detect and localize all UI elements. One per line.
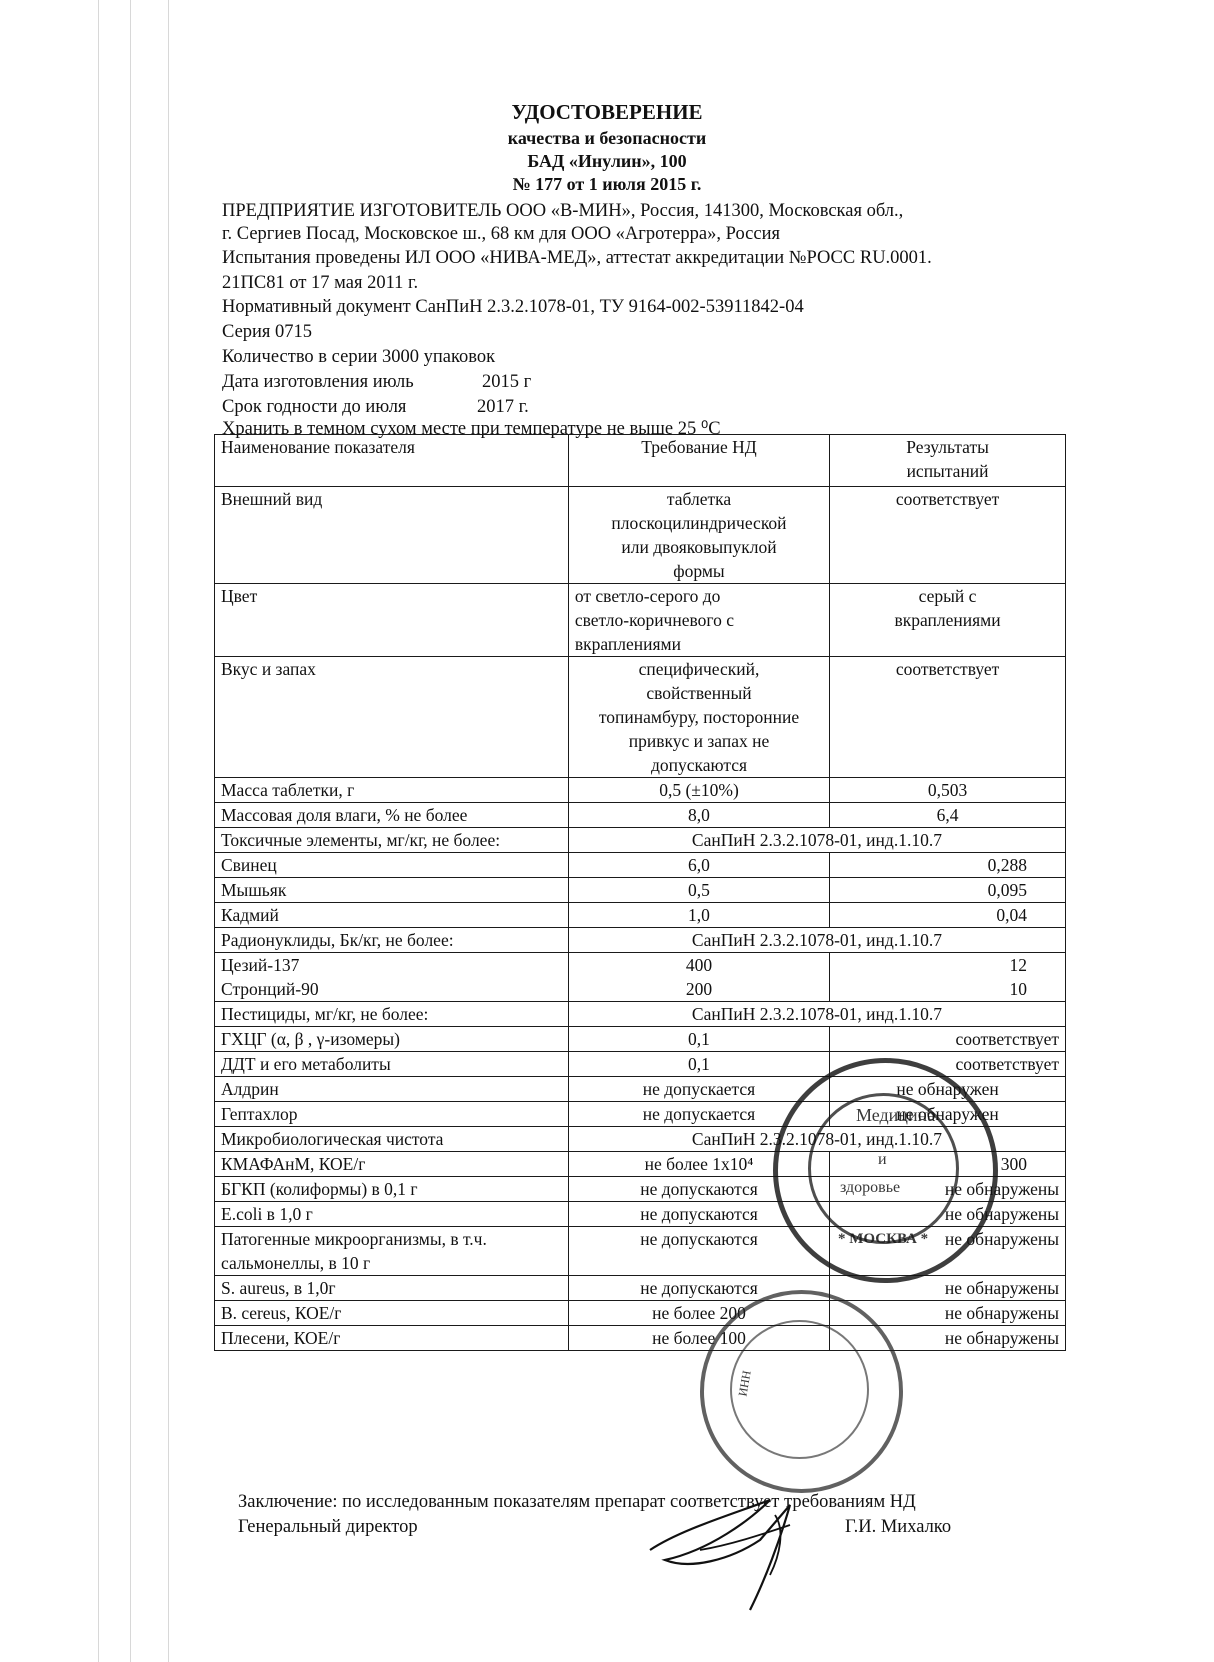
table-row: Масса таблетки, г 0,5 (±10%) 0,503: [215, 778, 1066, 803]
manufacture-date-label: Дата изготовления июль: [222, 371, 482, 394]
table-row: Вкус и запах специфический,свойственныйт…: [215, 657, 1066, 778]
requirement: не допускаются: [568, 1177, 829, 1202]
section-standard: СанПиН 2.3.2.1078-01, инд.1.10.7: [568, 1127, 1065, 1152]
requirement: не допускаются: [568, 1276, 829, 1301]
table-row: Внешний вид таблеткаплоскоцилиндрической…: [215, 487, 1066, 584]
table-row: Гептахлор не допускается не обнаружен: [215, 1102, 1066, 1127]
signature-icon: [640, 1480, 900, 1620]
indicator-name: Внешний вид: [215, 487, 569, 584]
result: не обнаружены: [830, 1202, 1066, 1227]
indicator-name: Мышьяк: [215, 878, 569, 903]
table-row: Плесени, КОЕ/г не более 100 не обнаружен…: [215, 1326, 1066, 1351]
document-title: УДОСТОВЕРЕНИЕ: [0, 100, 1214, 125]
indicator-name: S. aureus, в 1,0г: [215, 1276, 569, 1301]
requirement: не допускается: [568, 1102, 829, 1127]
result: 10: [830, 977, 1066, 1002]
table-row: Свинец 6,0 0,288: [215, 853, 1066, 878]
table-row: S. aureus, в 1,0г не допускаются не обна…: [215, 1276, 1066, 1301]
table-section-row: Пестициды, мг/кг, не более: СанПиН 2.3.2…: [215, 1002, 1066, 1027]
indicator-name: Гептахлор: [215, 1102, 569, 1127]
table-row: Цвет от светло-серого досветло-коричнево…: [215, 584, 1066, 657]
indicator-name: Патогенные микроорганизмы, в т.ч.сальмон…: [215, 1227, 569, 1276]
indicator-name: Плесени, КОЕ/г: [215, 1326, 569, 1351]
requirement: не допускается: [568, 1077, 829, 1102]
table-row: Мышьяк 0,5 0,095: [215, 878, 1066, 903]
requirement: 1,0: [568, 903, 829, 928]
table-row: Патогенные микроорганизмы, в т.ч.сальмон…: [215, 1227, 1066, 1276]
requirement: 200: [568, 977, 829, 1002]
section-name: Микробиологическая чистота: [215, 1127, 569, 1152]
result: не обнаружены: [830, 1301, 1066, 1326]
scan-artifact-line: [98, 0, 99, 1662]
indicator-name: Стронций-90: [215, 977, 569, 1002]
result: не обнаружены: [830, 1326, 1066, 1351]
requirement: не более 200: [568, 1301, 829, 1326]
result: соответствует: [830, 487, 1066, 584]
table-section-row: Токсичные элементы, мг/кг, не более: Сан…: [215, 828, 1066, 853]
indicator-name: B. cereus, КОЕ/г: [215, 1301, 569, 1326]
requirement: не допускаются: [568, 1202, 829, 1227]
results-table: Наименование показателя Требование НД Ре…: [214, 434, 1066, 1351]
scan-artifact-line: [130, 0, 131, 1662]
indicator-name: Цезий-137: [215, 953, 569, 978]
requirement: не более 1x10⁴: [568, 1152, 829, 1177]
normative-document: Нормативный документ СанПиН 2.3.2.1078-0…: [222, 296, 804, 319]
scan-artifact-line: [168, 0, 169, 1662]
result: 300: [830, 1152, 1066, 1177]
header-requirement: Требование НД: [568, 435, 829, 487]
quantity-in-series: Количество в серии 3000 упаковок: [222, 346, 495, 369]
testing-lab-line-2: 21ПС81 от 17 мая 2011 г.: [222, 272, 418, 295]
requirement: 0,5: [568, 878, 829, 903]
table-row: Массовая доля влаги, % не более 8,0 6,4: [215, 803, 1066, 828]
table-row: Кадмий 1,0 0,04: [215, 903, 1066, 928]
requirement: не более 100: [568, 1326, 829, 1351]
header-result: Результатыиспытаний: [830, 435, 1066, 487]
result: 0,04: [830, 903, 1066, 928]
requirement: 0,5 (±10%): [568, 778, 829, 803]
section-name: Токсичные элементы, мг/кг, не более:: [215, 828, 569, 853]
result: соответствует: [830, 1052, 1066, 1077]
result: не обнаружены: [830, 1177, 1066, 1202]
section-name: Радионуклиды, Бк/кг, не более:: [215, 928, 569, 953]
result: 0,095: [830, 878, 1066, 903]
signatory-title: Генеральный директор: [238, 1517, 418, 1538]
document-subtitle: качества и безопасности: [0, 128, 1214, 149]
requirement: 8,0: [568, 803, 829, 828]
series: Серия 0715: [222, 321, 312, 344]
result: не обнаружены: [830, 1227, 1066, 1276]
indicator-name: БГКП (колиформы) в 0,1 г: [215, 1177, 569, 1202]
product-name: БАД «Инулин», 100: [0, 151, 1214, 172]
table-row: Стронций-90 200 10: [215, 977, 1066, 1002]
requirement: 0,1: [568, 1052, 829, 1077]
indicator-name: E.coli в 1,0 г: [215, 1202, 569, 1227]
indicator-name: Масса таблетки, г: [215, 778, 569, 803]
table-row: B. cereus, КОЕ/г не более 200 не обнаруж…: [215, 1301, 1066, 1326]
section-standard: СанПиН 2.3.2.1078-01, инд.1.10.7: [568, 1002, 1065, 1027]
result: соответствует: [830, 657, 1066, 778]
indicator-name: Свинец: [215, 853, 569, 878]
section-standard: СанПиН 2.3.2.1078-01, инд.1.10.7: [568, 928, 1065, 953]
manufacture-date-value: 2015 г: [482, 372, 531, 392]
requirement: 0,1: [568, 1027, 829, 1052]
indicator-name: Цвет: [215, 584, 569, 657]
result: не обнаружен: [830, 1102, 1066, 1127]
result: 0,503: [830, 778, 1066, 803]
result: 6,4: [830, 803, 1066, 828]
table-header-row: Наименование показателя Требование НД Ре…: [215, 435, 1066, 487]
testing-lab-line-1: Испытания проведены ИЛ ООО «НИВА-МЕД», а…: [222, 247, 932, 270]
table-section-row: Радионуклиды, Бк/кг, не более: СанПиН 2.…: [215, 928, 1066, 953]
result: соответствует: [830, 1027, 1066, 1052]
table-row: E.coli в 1,0 г не допускаются не обнаруж…: [215, 1202, 1066, 1227]
table-row: КМАФАнМ, КОЕ/г не более 1x10⁴ 300: [215, 1152, 1066, 1177]
manufacturer-line-2: г. Сергиев Посад, Московское ш., 68 км д…: [222, 223, 780, 246]
table-row: ГХЦГ (α, β , γ-изомеры) 0,1 соответствуе…: [215, 1027, 1066, 1052]
table-section-row: Микробиологическая чистота СанПиН 2.3.2.…: [215, 1127, 1066, 1152]
result: 0,288: [830, 853, 1066, 878]
certificate-number-date: № 177 от 1 июля 2015 г.: [0, 174, 1214, 195]
indicator-name: ГХЦГ (α, β , γ-изомеры): [215, 1027, 569, 1052]
result: серый свкраплениями: [830, 584, 1066, 657]
indicator-name: КМАФАнМ, КОЕ/г: [215, 1152, 569, 1177]
header-indicator: Наименование показателя: [215, 435, 569, 487]
expiry-date-value: 2017 г.: [477, 397, 529, 417]
requirement: таблеткаплоскоцилиндрическойили двояковы…: [568, 487, 829, 584]
expiry-date-label: Срок годности до июля: [222, 396, 477, 419]
indicator-name: Алдрин: [215, 1077, 569, 1102]
table-row: Алдрин не допускается не обнаружен: [215, 1077, 1066, 1102]
result: не обнаружен: [830, 1077, 1066, 1102]
indicator-name: Массовая доля влаги, % не более: [215, 803, 569, 828]
table-row: Цезий-137 400 12: [215, 953, 1066, 978]
result: не обнаружены: [830, 1276, 1066, 1301]
manufacture-date: Дата изготовления июль2015 г: [222, 371, 531, 394]
section-name: Пестициды, мг/кг, не более:: [215, 1002, 569, 1027]
requirement: специфический,свойственныйтопинамбуру, п…: [568, 657, 829, 778]
requirement: 6,0: [568, 853, 829, 878]
section-standard: СанПиН 2.3.2.1078-01, инд.1.10.7: [568, 828, 1065, 853]
requirement: не допускаются: [568, 1227, 829, 1276]
table-row: ДДТ и его метаболиты 0,1 соответствует: [215, 1052, 1066, 1077]
requirement: от светло-серого досветло-коричневого св…: [568, 584, 829, 657]
requirement: 400: [568, 953, 829, 978]
indicator-name: ДДТ и его метаболиты: [215, 1052, 569, 1077]
result: 12: [830, 953, 1066, 978]
expiry-date: Срок годности до июля2017 г.: [222, 396, 529, 419]
manufacturer-line-1: ПРЕДПРИЯТИЕ ИЗГОТОВИТЕЛЬ ООО «В-МИН», Ро…: [222, 200, 903, 223]
table-row: БГКП (колиформы) в 0,1 г не допускаются …: [215, 1177, 1066, 1202]
indicator-name: Кадмий: [215, 903, 569, 928]
indicator-name: Вкус и запах: [215, 657, 569, 778]
